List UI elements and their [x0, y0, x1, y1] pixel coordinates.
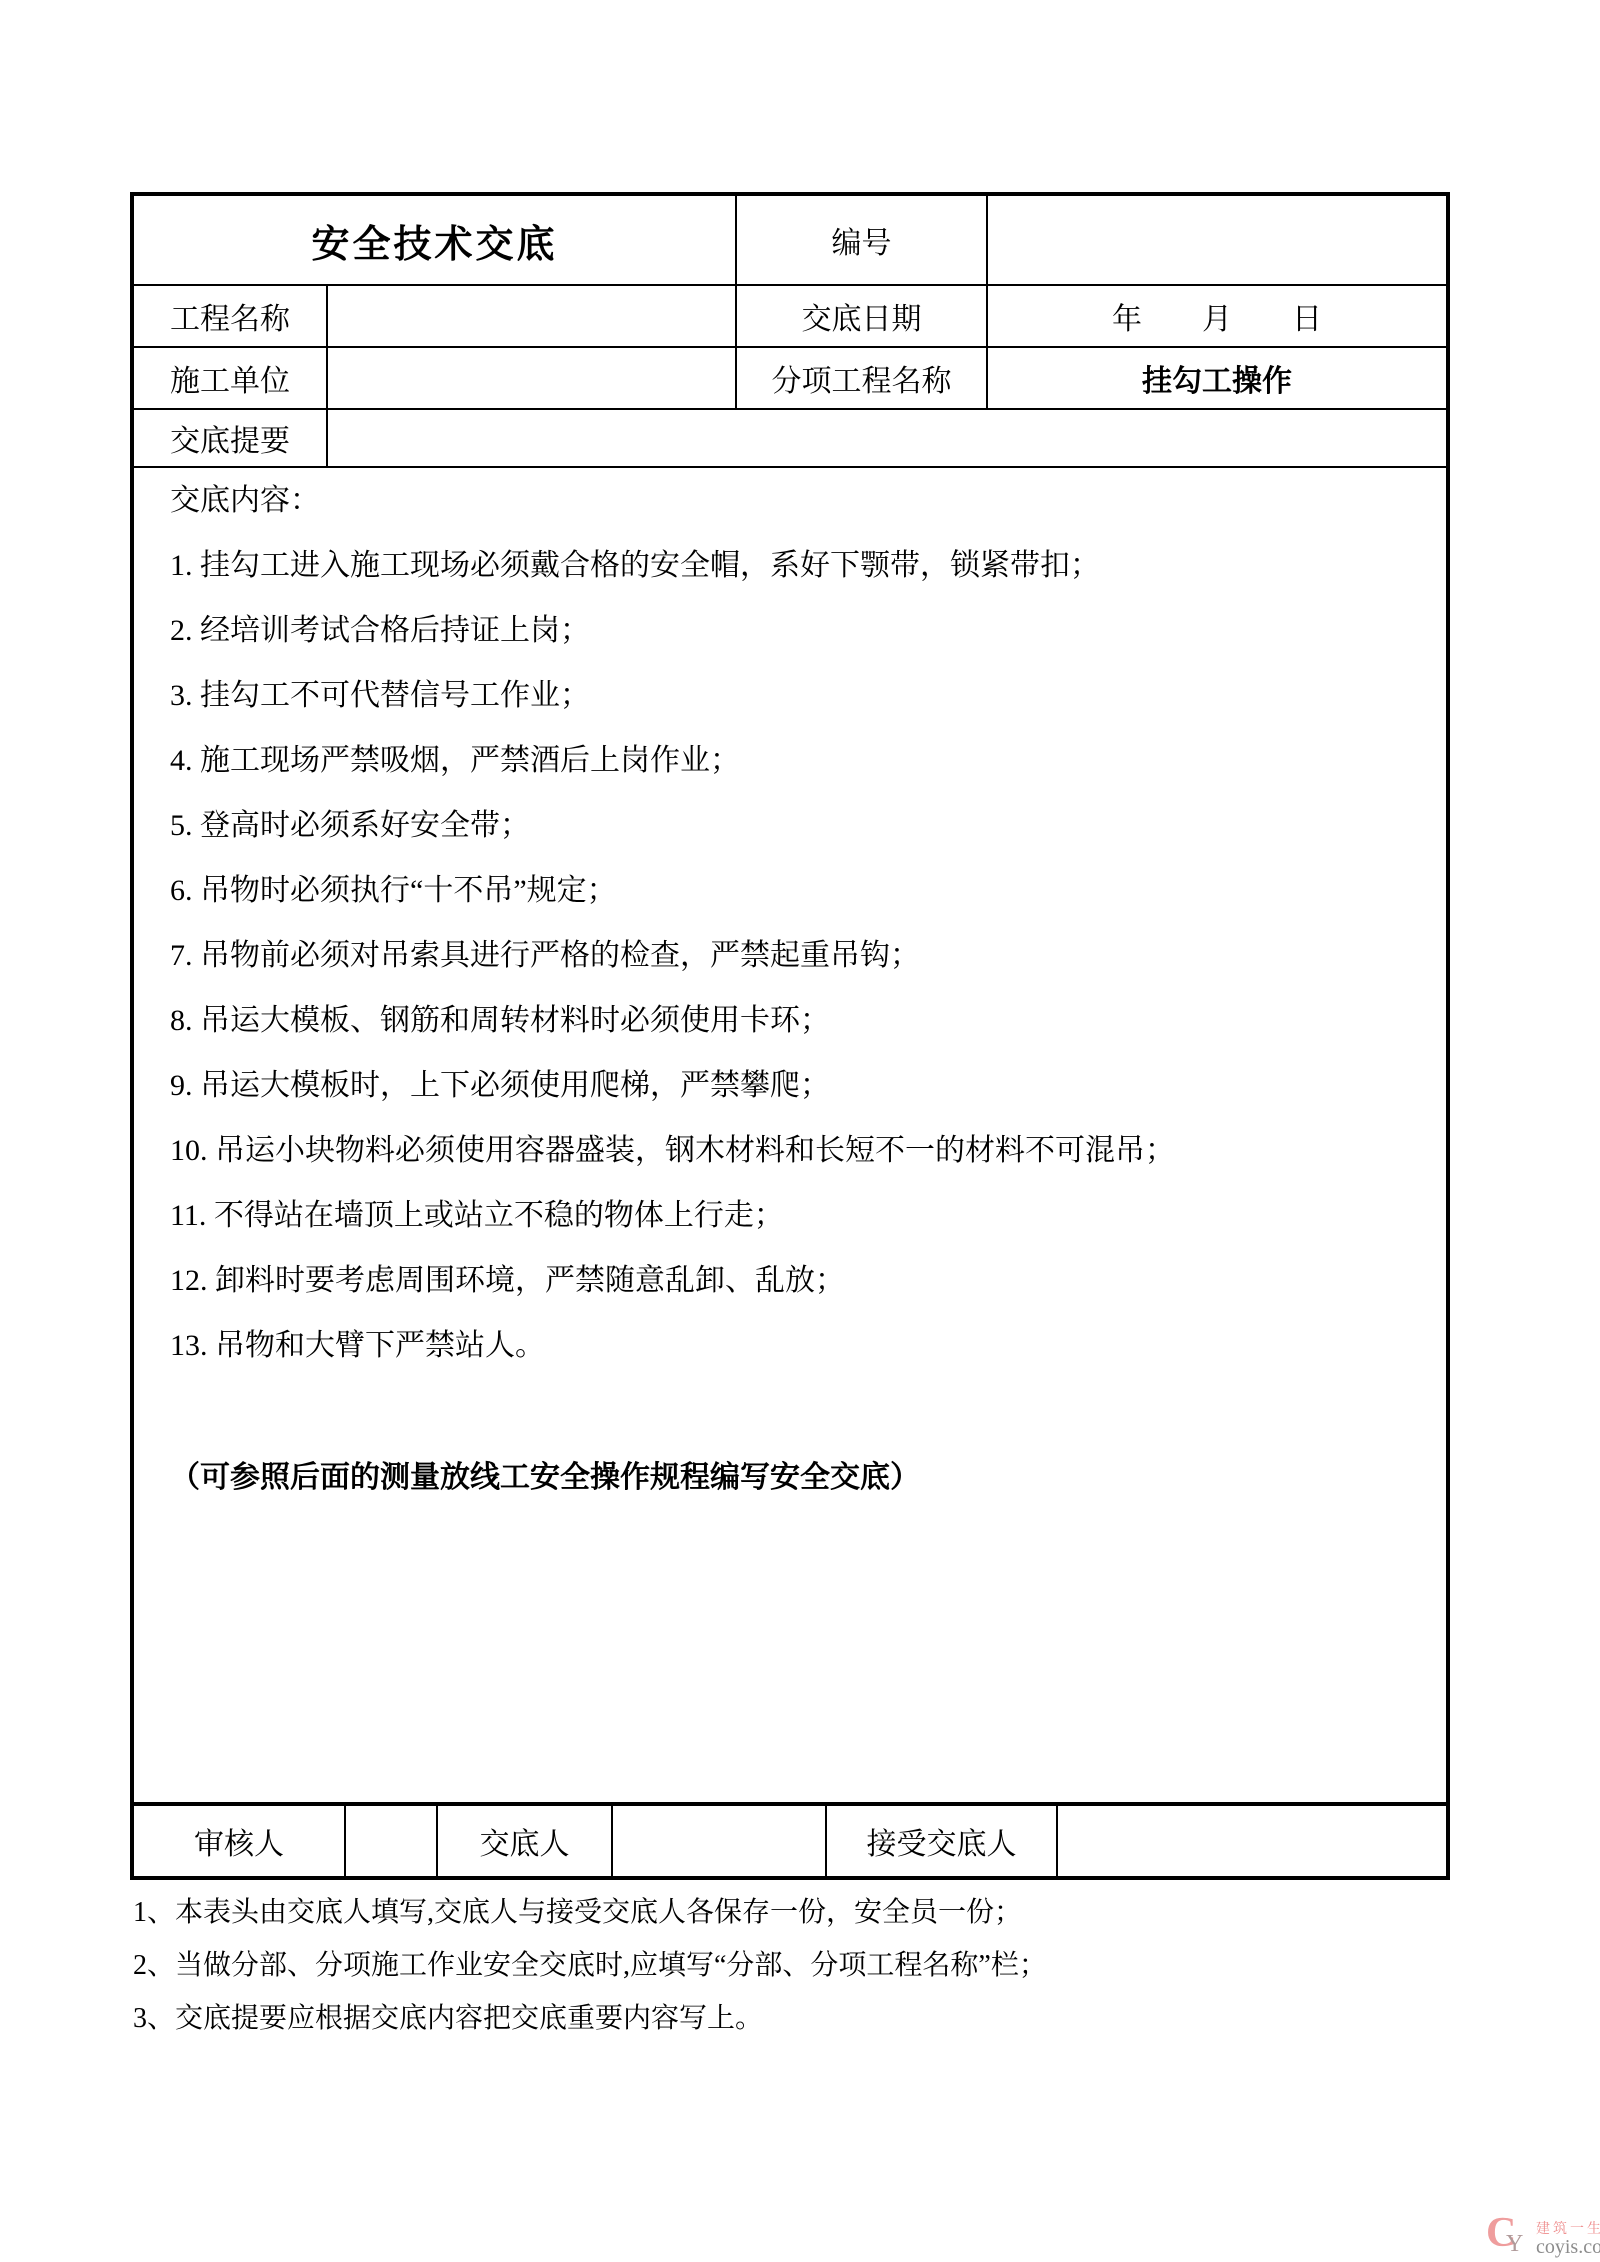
- content-item: 13. 吊物和大臂下严禁站人。: [170, 1329, 1410, 1363]
- content-item: 7. 吊物前必须对吊索具进行严格的检查，严禁起重吊钩；: [170, 939, 1410, 973]
- content-item: 10. 吊运小块物料必须使用容器盛装，钢木材料和长短不一的材料不可混吊；: [170, 1134, 1410, 1168]
- footnote-2: 2、当做分部、分项施工作业安全交底时,应填写“分部、分项工程名称”栏；: [133, 1951, 1433, 1981]
- summary-value-cell: [328, 410, 1446, 466]
- safety-disclosure-form: 安全技术交底 编号 工程名称 交底日期 年 月 日 施工单位 分项工程名称 挂勾…: [130, 192, 1450, 1880]
- logo-letter-y: Y: [1506, 2232, 1523, 2256]
- footnote-3: 3、交底提要应根据交底内容把交底重要内容写上。: [133, 2004, 1433, 2034]
- watermark: C Y 建筑一生 coyis.com: [1486, 2216, 1600, 2258]
- sub-project-value: 挂勾工操作: [988, 348, 1446, 408]
- form-title: 安全技术交底: [134, 196, 737, 284]
- footnote-1: 1、本表头由交底人填写,交底人与接受交底人各保存一份，安全员一份；: [133, 1898, 1433, 1928]
- serial-label: 编号: [737, 196, 988, 284]
- project-name-value-cell: [328, 286, 737, 346]
- document-page: 安全技术交底 编号 工程名称 交底日期 年 月 日 施工单位 分项工程名称 挂勾…: [0, 0, 1600, 2262]
- content-reference-note: （可参照后面的测量放线工安全操作规程编写安全交底）: [170, 1461, 1410, 1495]
- summary-label: 交底提要: [134, 410, 328, 466]
- watermark-domain: coyis.com: [1536, 2237, 1600, 2258]
- reviewer-label: 审核人: [134, 1806, 346, 1876]
- watermark-text: 建筑一生 coyis.com: [1536, 2222, 1600, 2258]
- disclosure-date-value-cell: 年 月 日: [988, 286, 1446, 346]
- row-signatures: 审核人 交底人 接受交底人: [134, 1806, 1446, 1876]
- content-item: 1. 挂勾工进入施工现场必须戴合格的安全帽，系好下颚带，锁紧带扣；: [170, 549, 1410, 583]
- row-title: 安全技术交底 编号: [134, 196, 1446, 286]
- coyis-logo-icon: C Y: [1486, 2216, 1530, 2258]
- construction-unit-label: 施工单位: [134, 348, 328, 408]
- project-name-label: 工程名称: [134, 286, 328, 346]
- content-item: 5. 登高时必须系好安全带；: [170, 809, 1410, 843]
- content-item: 9. 吊运大模板时，上下必须使用爬梯，严禁攀爬；: [170, 1069, 1410, 1103]
- reviewer-value-cell: [346, 1806, 438, 1876]
- watermark-brand: 建筑一生: [1536, 2222, 1600, 2237]
- content-heading: 交底内容：: [170, 484, 1410, 518]
- discloser-value-cell: [613, 1806, 827, 1876]
- row-content: 交底内容： 1. 挂勾工进入施工现场必须戴合格的安全帽，系好下颚带，锁紧带扣； …: [134, 468, 1446, 1806]
- content-item: 6. 吊物时必须执行“十不吊”规定；: [170, 874, 1410, 908]
- content-item: 11. 不得站在墙顶上或站立不稳的物体上行走；: [170, 1199, 1410, 1233]
- row-construction-unit: 施工单位 分项工程名称 挂勾工操作: [134, 348, 1446, 410]
- content-item: 2. 经培训考试合格后持证上岗；: [170, 614, 1410, 648]
- disclosure-date-label: 交底日期: [737, 286, 988, 346]
- content-item: 12. 卸料时要考虑周围环境，严禁随意乱卸、乱放；: [170, 1264, 1410, 1298]
- row-project-name: 工程名称 交底日期 年 月 日: [134, 286, 1446, 348]
- row-summary: 交底提要: [134, 410, 1446, 468]
- receiver-label: 接受交底人: [827, 1806, 1058, 1876]
- content-item: 8. 吊运大模板、钢筋和周转材料时必须使用卡环；: [170, 1004, 1410, 1038]
- serial-value-cell: [988, 196, 1446, 284]
- sub-project-label: 分项工程名称: [737, 348, 988, 408]
- receiver-value-cell: [1058, 1806, 1446, 1876]
- construction-unit-value-cell: [328, 348, 737, 408]
- discloser-label: 交底人: [438, 1806, 613, 1876]
- footnotes: 1、本表头由交底人填写,交底人与接受交底人各保存一份，安全员一份； 2、当做分部…: [133, 1898, 1433, 2057]
- content-item: 3. 挂勾工不可代替信号工作业；: [170, 679, 1410, 713]
- disclosure-content: 交底内容： 1. 挂勾工进入施工现场必须戴合格的安全帽，系好下颚带，锁紧带扣； …: [134, 468, 1446, 1802]
- content-item: 4. 施工现场严禁吸烟，严禁酒后上岗作业；: [170, 744, 1410, 778]
